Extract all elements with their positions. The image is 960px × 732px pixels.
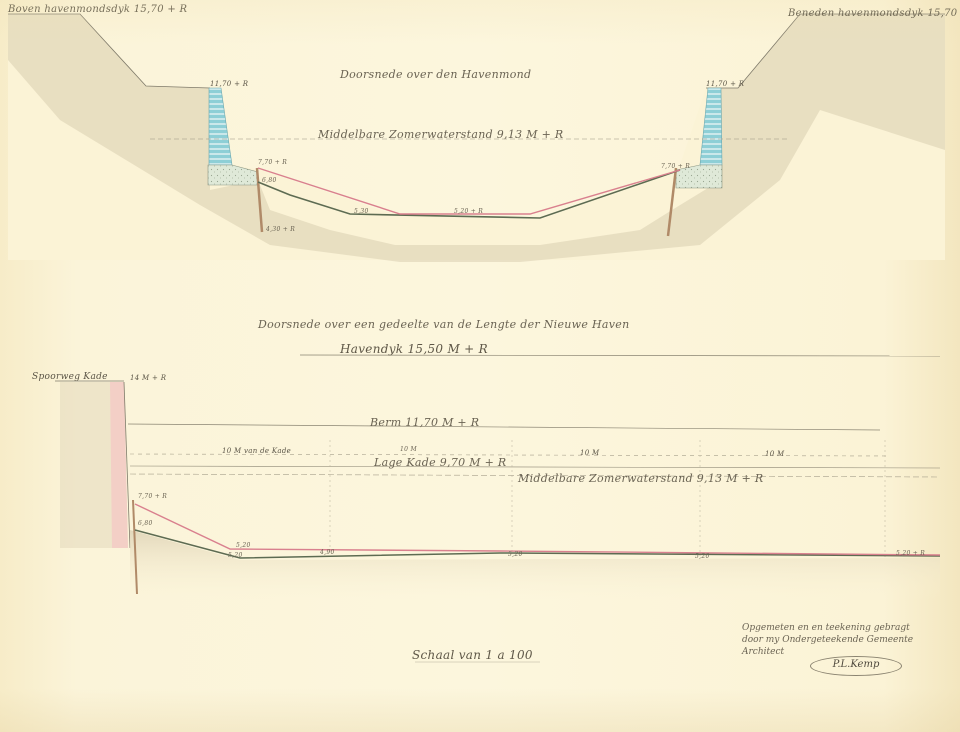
depth-label-1: 4,90 [320, 549, 335, 556]
end-depth-label: 5,20 + R [896, 550, 925, 557]
quay-ground-level: 6,80 [138, 520, 153, 527]
berm-level-label: Berm 11,70 M + R [370, 416, 479, 429]
channel-bottom-level: 5,20 + R [454, 208, 483, 215]
upper-water-level-label: Middelbare Zomerwaterstand 9,13 M + R [318, 128, 563, 141]
slope-foot-bottom-level: 5,20 [228, 552, 243, 559]
low-quay-level-label: Lage Kade 9,70 M + R [374, 456, 506, 469]
quay-label: Spoorweg Kade [32, 372, 108, 382]
right-dike-label: Beneden havenmondsdyk 15,70 + R [788, 8, 960, 19]
right-bed-top-level: 7,70 + R [661, 163, 690, 170]
quay-top-level: 14 M + R [130, 374, 166, 382]
depth-label-2: 5,20 [508, 551, 523, 558]
left-bed-top-level: 7,70 + R [258, 159, 287, 166]
depth-label-3: 5,20 [695, 553, 710, 560]
slope-foot-level: 5,30 [354, 208, 369, 215]
certification-note: Opgemeten en en teekening gebragt door m… [742, 622, 913, 658]
left-dike-label: Boven havenmondsdyk 15,70 + R [8, 4, 187, 15]
lower-cross-section [55, 355, 940, 600]
quay-bed-top-level: 7,70 + R [138, 493, 167, 500]
lower-section-title: Doorsnede over een gedeelte van de Lengt… [258, 318, 629, 331]
havendyk-level-label: Havendyk 15,50 M + R [340, 342, 488, 356]
scale-label: Schaal van 1 a 100 [412, 648, 533, 662]
slope-foot-top-level: 5,20 [236, 542, 251, 549]
distance-label-2: 10 M [400, 446, 417, 453]
left-wall-top-level: 11,70 + R [210, 80, 248, 88]
left-ground-level: 6,80 [262, 177, 277, 184]
certification-line-1: Opgemeten en en teekening gebragt [742, 622, 913, 634]
distance-label-3: 10 M [580, 449, 600, 457]
right-wall-top-level: 11,70 + R [706, 80, 744, 88]
distance-label-1: 10 M van de Kade [222, 447, 291, 455]
certification-line-2: door my Ondergeteekende Gemeente [742, 634, 913, 646]
architect-signature: P.L.Kemp [810, 656, 902, 676]
lower-water-level-label: Middelbare Zomerwaterstand 9,13 M + R [518, 472, 763, 485]
drawing-sheet: Boven havenmondsdyk 15,70 + R Beneden ha… [0, 0, 960, 732]
certification-line-3: Architect [742, 646, 913, 658]
upper-section-title: Doorsnede over den Havenmond [340, 68, 531, 81]
distance-label-4: 10 M [765, 450, 785, 458]
pile-bottom-level: 4,30 + R [266, 226, 295, 233]
